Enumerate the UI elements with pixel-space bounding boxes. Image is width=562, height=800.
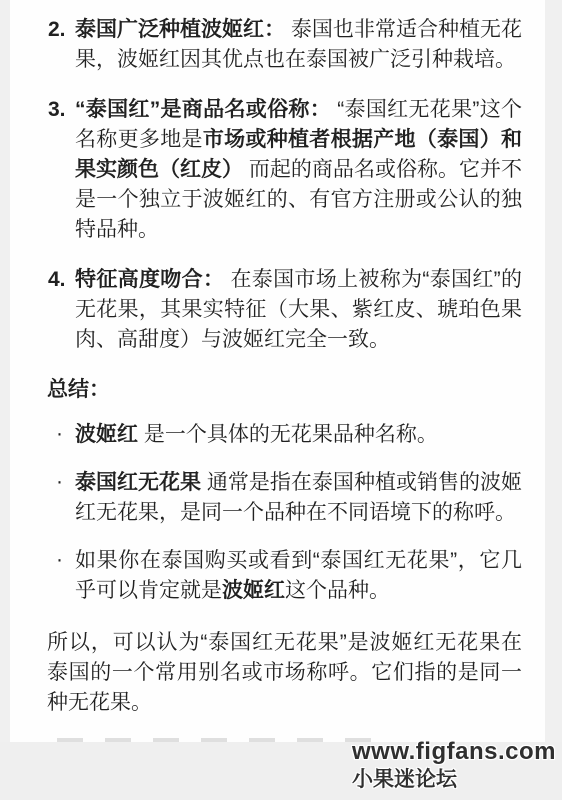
answer-text: 2. 泰国广泛种植波姬红： 泰国也非常适合种植无花果，波姬红因其优点也在泰国被广… [10, 0, 545, 718]
bold-text-segment: 泰国红无花果 [75, 471, 201, 494]
bullet-item-text: 泰国红无花果 通常是指在泰国种植或销售的波姬红无花果，是同一个品种在不同语境下的… [75, 471, 522, 524]
bullet-marker: · [56, 545, 63, 575]
watermark: www.figfans.com 小果迷论坛 [352, 739, 556, 792]
numbered-item-text: 特征高度吻合： 在泰国市场上被称为“泰国红”的无花果，其果实特征（大果、紫红皮、… [75, 268, 522, 351]
bullet-item-text: 波姬红 是一个具体的无花果品种名称。 [75, 423, 438, 446]
closing-paragraph: 所以，可以认为“泰国红无花果”是波姬红无花果在泰国的一个常用别名或市场称呼。它们… [47, 628, 522, 718]
text-segment: 是一个具体的无花果品种名称。 [138, 423, 438, 446]
bullet-item: · 泰国红无花果 通常是指在泰国种植或销售的波姬红无花果，是同一个品种在不同语境… [47, 468, 522, 528]
bold-text-segment: 波姬红 [75, 423, 138, 446]
list-number: 2. [48, 15, 66, 45]
watermark-site-url: www.figfans.com [352, 739, 556, 765]
numbered-item-text: 泰国广泛种植波姬红： 泰国也非常适合种植无花果，波姬红因其优点也在泰国被广泛引种… [75, 18, 522, 71]
numbered-item-2: 2. 泰国广泛种植波姬红： 泰国也非常适合种植无花果，波姬红因其优点也在泰国被广… [47, 15, 522, 75]
bold-text-segment: 泰国广泛种植波姬红： [75, 18, 285, 41]
bullet-marker: · [56, 467, 63, 497]
bullet-item-text: 如果你在泰国购买或看到“泰国红无花果”，它几乎可以肯定就是波姬红这个品种。 [75, 549, 522, 602]
page-background: 2. 泰国广泛种植波姬红： 泰国也非常适合种植无花果，波姬红因其优点也在泰国被广… [0, 0, 562, 800]
numbered-item-4: 4. 特征高度吻合： 在泰国市场上被称为“泰国红”的无花果，其果实特征（大果、紫… [47, 265, 522, 355]
bold-text-segment: 波姬红 [222, 579, 285, 602]
bullet-item: · 波姬红 是一个具体的无花果品种名称。 [47, 420, 522, 450]
numbered-item-3: 3. “泰国红”是商品名或俗称： “泰国红无花果”这个名称更多地是市场或种植者根… [47, 95, 522, 245]
summary-heading: 总结： [47, 375, 522, 405]
list-number: 3. [48, 95, 66, 125]
list-number: 4. [48, 265, 66, 295]
bullet-item: · 如果你在泰国购买或看到“泰国红无花果”，它几乎可以肯定就是波姬红这个品种。 [47, 546, 522, 606]
numbered-item-text: “泰国红”是商品名或俗称： “泰国红无花果”这个名称更多地是市场或种植者根据产地… [75, 98, 522, 241]
numbered-list: 2. 泰国广泛种植波姬红： 泰国也非常适合种植无花果，波姬红因其优点也在泰国被广… [47, 15, 522, 355]
bullet-marker: · [56, 419, 63, 449]
bold-text-segment: 特征高度吻合： [75, 268, 224, 291]
text-segment: 这个品种。 [285, 579, 390, 602]
bullet-list: · 波姬红 是一个具体的无花果品种名称。 · 泰国红无花果 通常是指在泰国种植或… [47, 420, 522, 606]
content-card: 2. 泰国广泛种植波姬红： 泰国也非常适合种植无花果，波姬红因其优点也在泰国被广… [10, 0, 545, 742]
bold-text-segment: “泰国红”是商品名或俗称： [75, 98, 331, 121]
watermark-forum-name: 小果迷论坛 [352, 768, 556, 792]
